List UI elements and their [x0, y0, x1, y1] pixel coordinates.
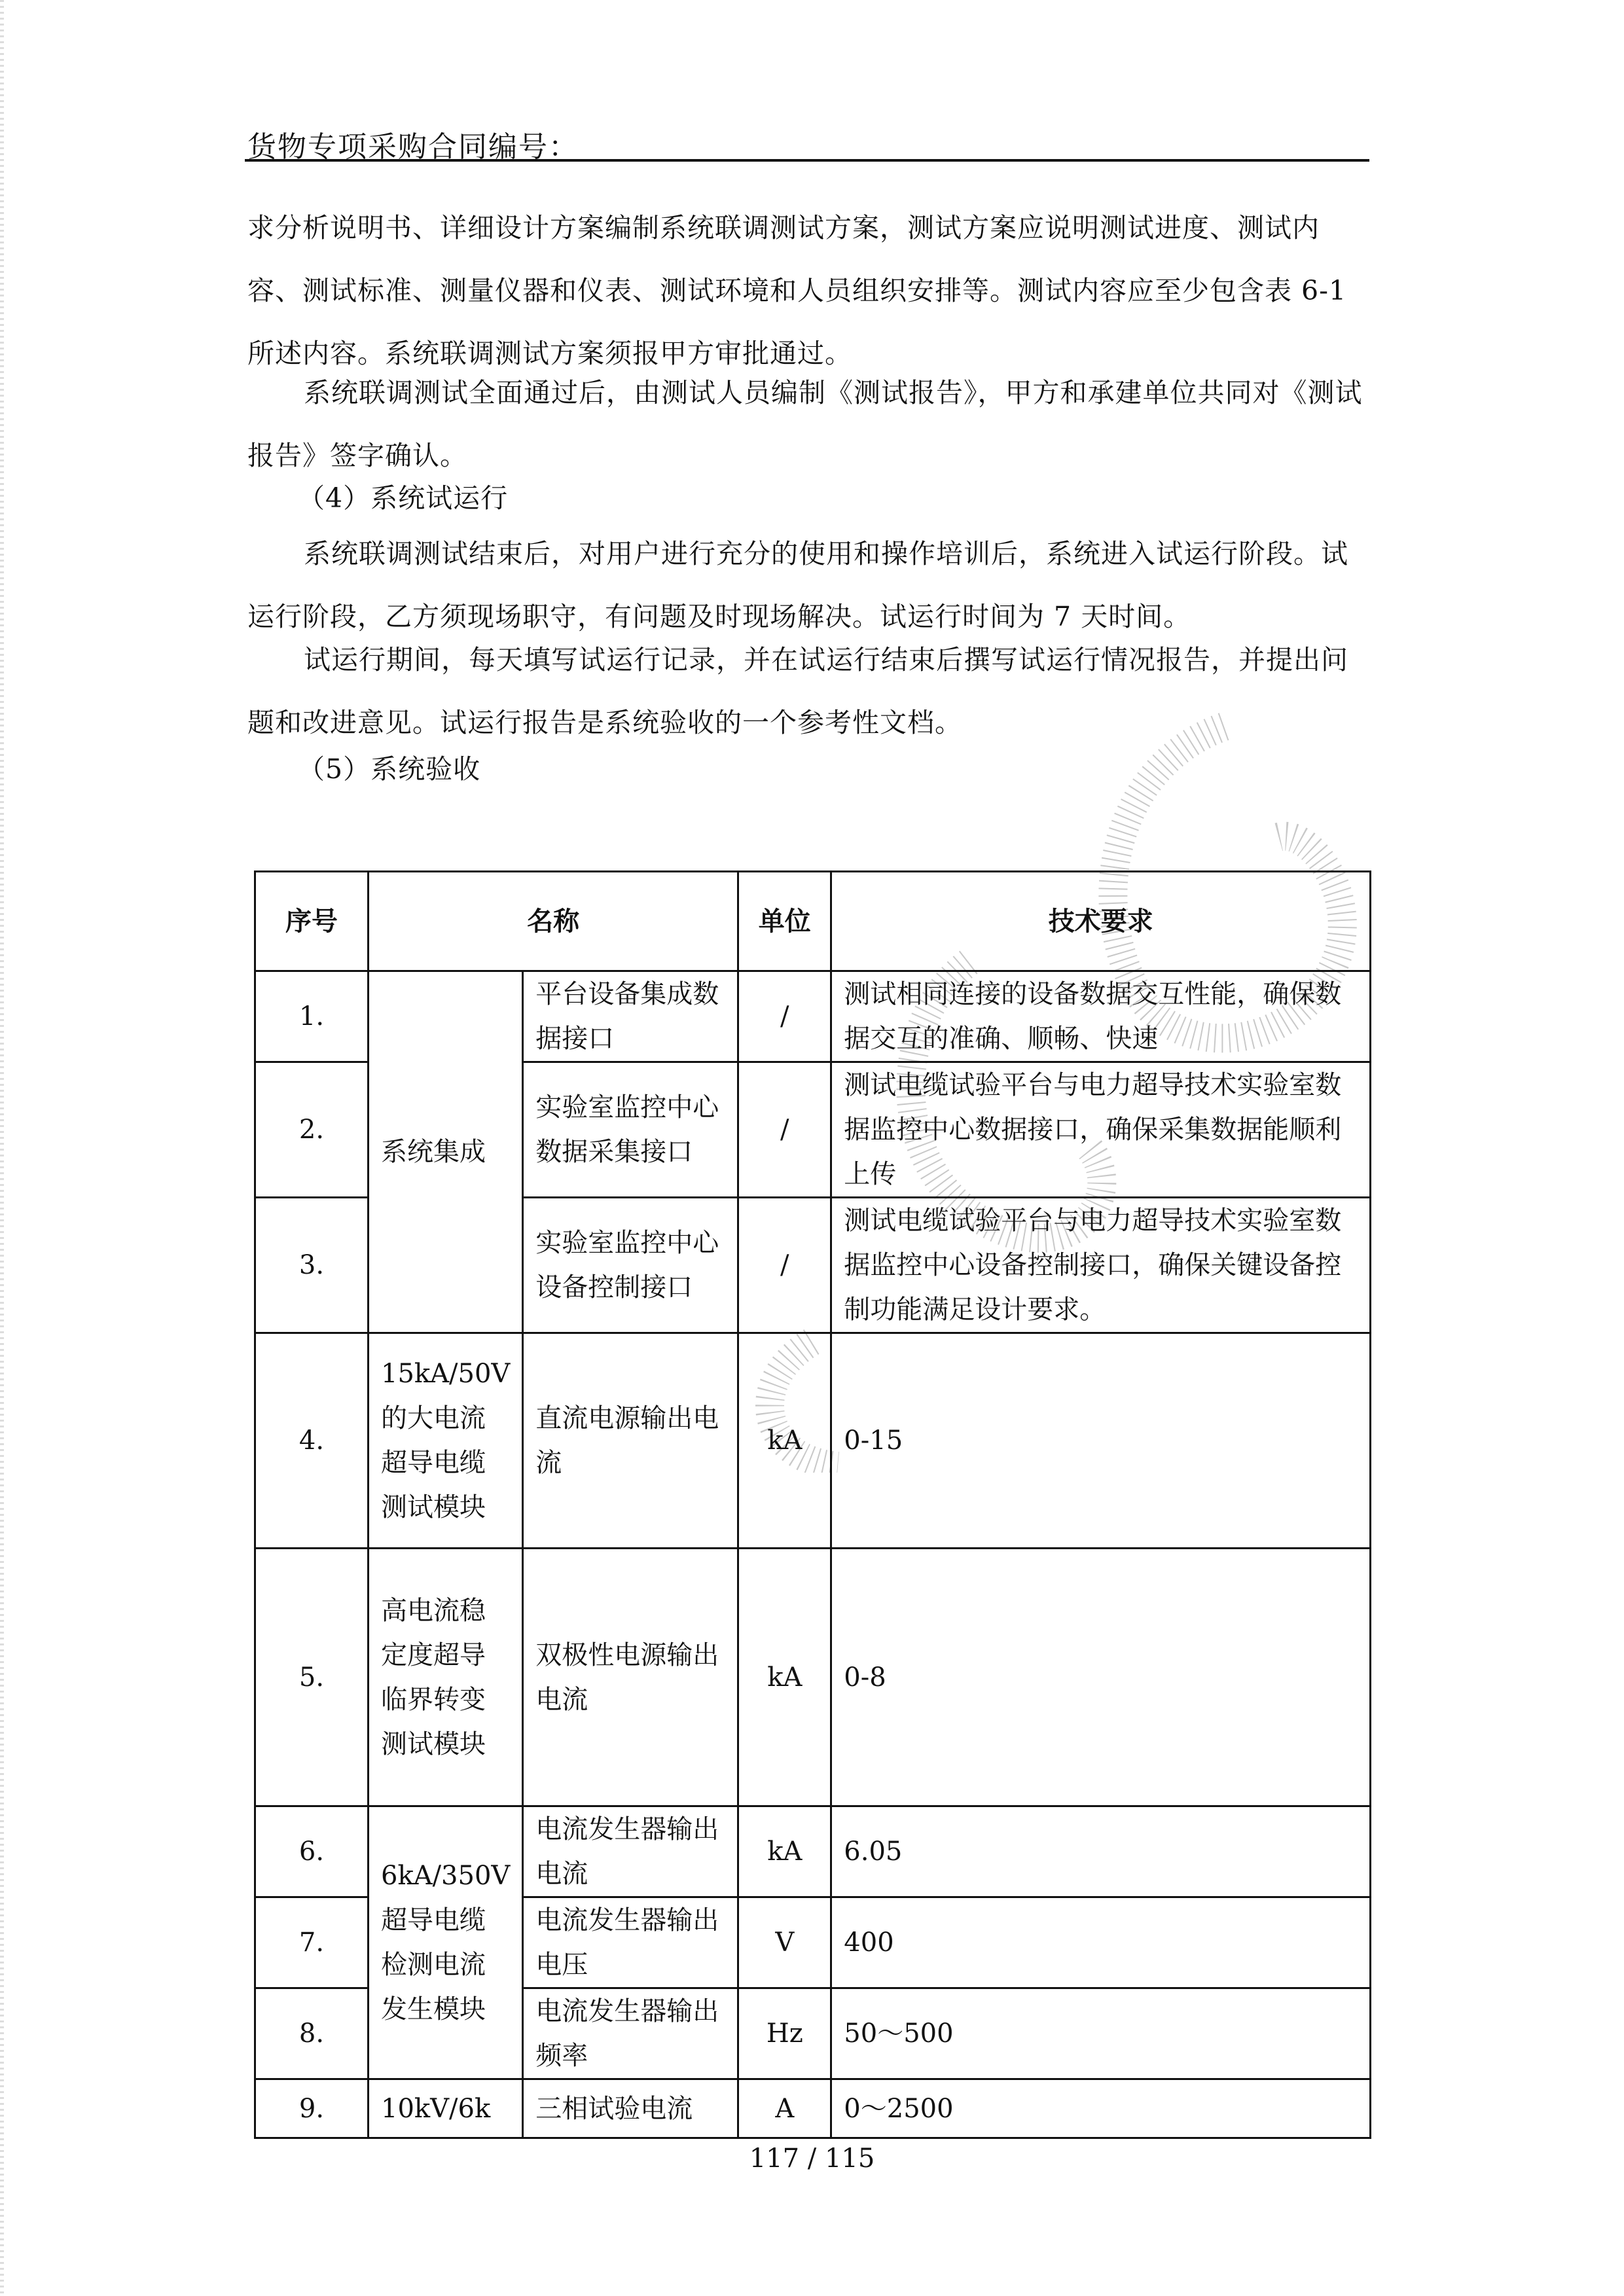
row-unit: A	[738, 2079, 831, 2138]
row-requirement: 0-8	[831, 1549, 1371, 1806]
row-item: 双极性电源输出电流	[523, 1549, 738, 1806]
row-item: 电流发生器输出电压	[523, 1897, 738, 1988]
table-row: 9. 10kV/6k 三相试验电流 A 0～2500	[255, 2079, 1371, 2138]
row-requirement: 0-15	[831, 1333, 1371, 1549]
section-heading-trial-run: （4）系统试运行	[298, 476, 508, 515]
row-no: 8.	[255, 1988, 369, 2079]
group-6ka-current-generator-module: 6kA/350V 超导电缆检测电流发生模块	[369, 1806, 523, 2079]
row-requirement: 6.05	[831, 1806, 1371, 1897]
row-unit: /	[738, 971, 831, 1062]
paragraph-test-plan: 求分析说明书、详细设计方案编制系统联调测试方案，测试方案应说明测试进度、测试内容…	[247, 196, 1368, 385]
table-row: 5. 高电流稳定度超导临界转变测试模块 双极性电源输出电流 kA 0-8	[255, 1549, 1371, 1806]
row-unit: Hz	[738, 1988, 831, 2079]
paragraph-test-report: 系统联调测试全面通过后，由测试人员编制《测试报告》，甲方和承建单位共同对《测试报…	[247, 361, 1368, 487]
row-no: 5.	[255, 1549, 369, 1806]
row-requirement: 测试相同连接的设备数据交互性能，确保数据交互的准确、顺畅、快速	[831, 971, 1371, 1062]
group-critical-transition-module: 高电流稳定度超导临界转变测试模块	[369, 1549, 523, 1806]
row-item: 电流发生器输出频率	[523, 1988, 738, 2079]
row-no: 2.	[255, 1062, 369, 1198]
header-name: 名称	[369, 872, 738, 971]
table-row: 6. 6kA/350V 超导电缆检测电流发生模块 电流发生器输出电流 kA 6.…	[255, 1806, 1371, 1897]
scan-edge-artifact	[0, 0, 4, 2296]
row-requirement: 50～500	[831, 1988, 1371, 2079]
row-no: 7.	[255, 1897, 369, 1988]
table-row: 1. 系统集成 平台设备集成数据接口 / 测试相同连接的设备数据交互性能，确保数…	[255, 971, 1371, 1062]
header-unit: 单位	[738, 872, 831, 971]
row-no: 1.	[255, 971, 369, 1062]
header-no: 序号	[255, 872, 369, 971]
header-divider	[245, 159, 1369, 162]
row-no: 6.	[255, 1806, 369, 1897]
row-item: 电流发生器输出电流	[523, 1806, 738, 1897]
row-requirement: 400	[831, 1897, 1371, 1988]
group-15ka-module: 15kA/50V 的大电流超导电缆测试模块	[369, 1333, 523, 1549]
section-heading-acceptance: （5）系统验收	[298, 747, 480, 786]
header-requirement: 技术要求	[831, 872, 1371, 971]
row-item: 直流电源输出电流	[523, 1333, 738, 1549]
row-requirement: 0～2500	[831, 2079, 1371, 2138]
row-item: 实验室监控中心数据采集接口	[523, 1062, 738, 1198]
paragraph-trial-run-record: 试运行期间，每天填写试运行记录，并在试运行结束后撰写试运行情况报告，并提出问题和…	[247, 628, 1368, 754]
row-unit: V	[738, 1897, 831, 1988]
system-acceptance-table: 序号 名称 单位 技术要求 1. 系统集成 平台设备集成数据接口 / 测试相同连…	[254, 870, 1371, 2139]
group-system-integration: 系统集成	[369, 971, 523, 1333]
row-item: 三相试验电流	[523, 2079, 738, 2138]
row-unit: /	[738, 1062, 831, 1198]
row-item: 实验室监控中心设备控制接口	[523, 1198, 738, 1333]
row-unit: kA	[738, 1806, 831, 1897]
row-no: 3.	[255, 1198, 369, 1333]
row-requirement: 测试电缆试验平台与电力超导技术实验室数据监控中心设备控制接口，确保关键设备控制功…	[831, 1198, 1371, 1333]
row-no: 9.	[255, 2079, 369, 2138]
table-header-row: 序号 名称 单位 技术要求	[255, 872, 1371, 971]
row-unit: /	[738, 1198, 831, 1333]
row-unit: kA	[738, 1549, 831, 1806]
table-row: 4. 15kA/50V 的大电流超导电缆测试模块 直流电源输出电流 kA 0-1…	[255, 1333, 1371, 1549]
row-item: 平台设备集成数据接口	[523, 971, 738, 1062]
row-unit: kA	[738, 1333, 831, 1549]
group-10kv-module: 10kV/6k	[369, 2079, 523, 2138]
row-requirement: 测试电缆试验平台与电力超导技术实验室数据监控中心数据接口，确保采集数据能顺利上传	[831, 1062, 1371, 1198]
row-no: 4.	[255, 1333, 369, 1549]
page-number: 117 / 115	[0, 2144, 1624, 2174]
